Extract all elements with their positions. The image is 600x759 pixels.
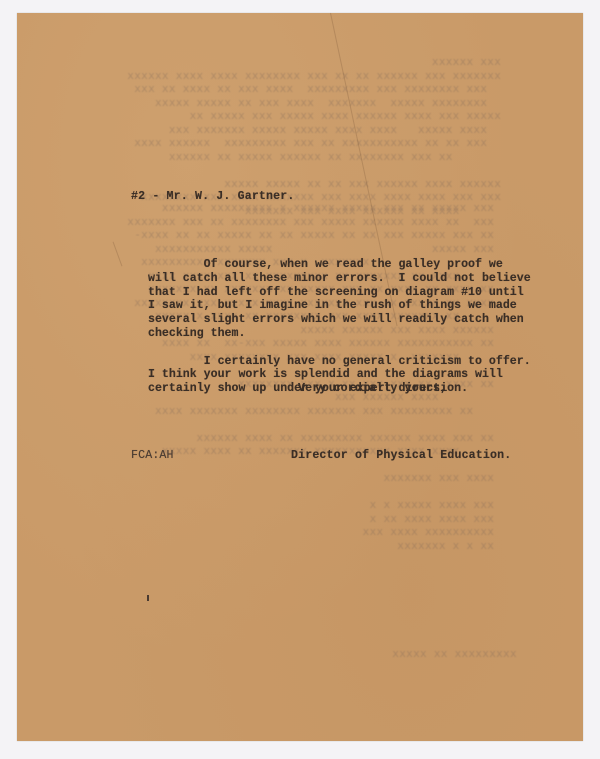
paper-crease (113, 242, 123, 267)
paragraph-galley-proof: Of course, when we read the galley proof… (148, 258, 528, 341)
page-header: #2 - Mr. W. J. Gartner. (131, 190, 294, 203)
bleed-through-date: xxxxxxxxx xx xxxxx (392, 647, 517, 661)
stray-ink-mark (147, 595, 149, 601)
letter-page: xxx xxxxxx xxxxxxx xxx xxxxxx xx xx xxx … (17, 13, 583, 741)
signature-title: Director of Physical Education. (291, 449, 511, 462)
closing: Very cordially yours, (298, 382, 447, 395)
reference-initials: FCA:AH (131, 449, 174, 462)
